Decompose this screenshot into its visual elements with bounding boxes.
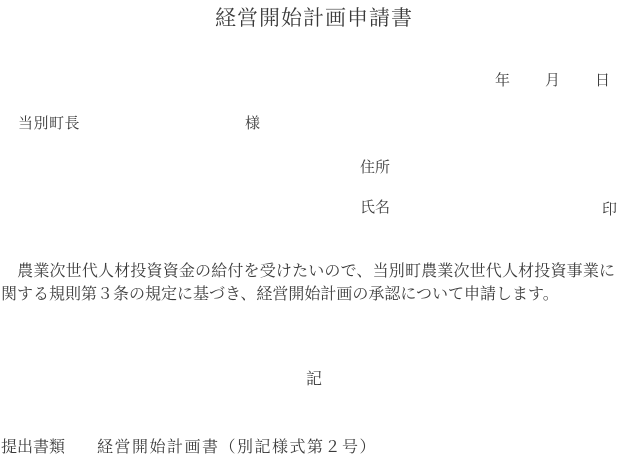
seal-placeholder-label: 印 bbox=[602, 198, 617, 219]
applicant-name-label: 氏名 bbox=[360, 196, 390, 217]
addressee-honorific: 様 bbox=[245, 112, 260, 133]
ki-section-marker: 記 bbox=[0, 366, 628, 389]
attachments-value: 経営開始計画書（別記様式第２号） bbox=[97, 434, 377, 454]
date-day-label: 日 bbox=[595, 69, 610, 90]
applicant-address-label: 住所 bbox=[360, 156, 390, 177]
date-year-label: 年 bbox=[495, 69, 510, 90]
application-body-text: 農業次世代人材投資資金の給付を受けたいので、当別町農業次世代人材投資事業に関する… bbox=[1, 260, 615, 306]
application-form-page: 経営開始計画申請書 年 月 日 当別町長 様 住所 氏名 印 農業次世代人材投資… bbox=[0, 0, 628, 454]
attachments-label: 提出書類 bbox=[1, 434, 65, 454]
addressee-title: 当別町長 bbox=[18, 112, 80, 133]
document-title: 経営開始計画申請書 bbox=[0, 2, 628, 32]
date-month-label: 月 bbox=[545, 69, 560, 90]
